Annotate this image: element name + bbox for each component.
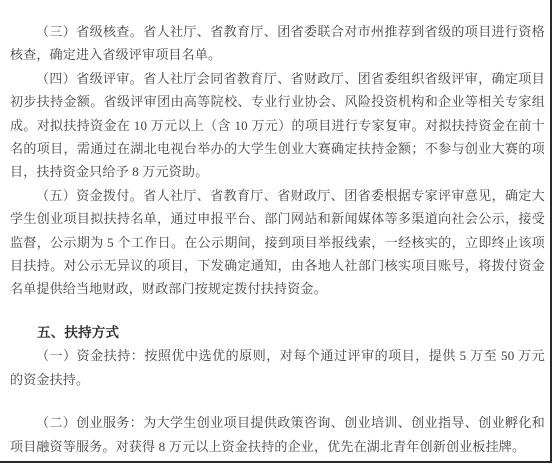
page-bottom-border (0, 461, 552, 463)
document-page: （三）省级核查。省人社厅、省教育厅、团省委联合对市州推荐到省级的项目进行资格核查… (0, 0, 554, 470)
paragraph-startup-services: （二）创业服务：为大学生创业项目提供政策咨询、创业培训、创业指导、创业孵化和项目… (10, 411, 545, 458)
section-heading-support-methods: 五、扶持方式 (10, 321, 545, 344)
page-right-border (550, 0, 552, 463)
paragraph-provincial-check: （三）省级核查。省人社厅、省教育厅、团省委联合对市州推荐到省级的项目进行资格核查… (10, 20, 545, 67)
paragraph-funding-support: （一）资金扶持：按照优中选优的原则，对每个通过评审的项目，提供 5 万至 50 … (10, 344, 545, 391)
paragraph-fund-disbursement: （五）资金拨付。省人社厅、省教育厅、省财政厅、团省委根据专家评审意见，确定大学生… (10, 184, 545, 301)
paragraph-provincial-review: （四）省级评审。省人社厅会同省教育厅、省财政厅、团省委组织省级评审，确定项目初步… (10, 67, 545, 184)
